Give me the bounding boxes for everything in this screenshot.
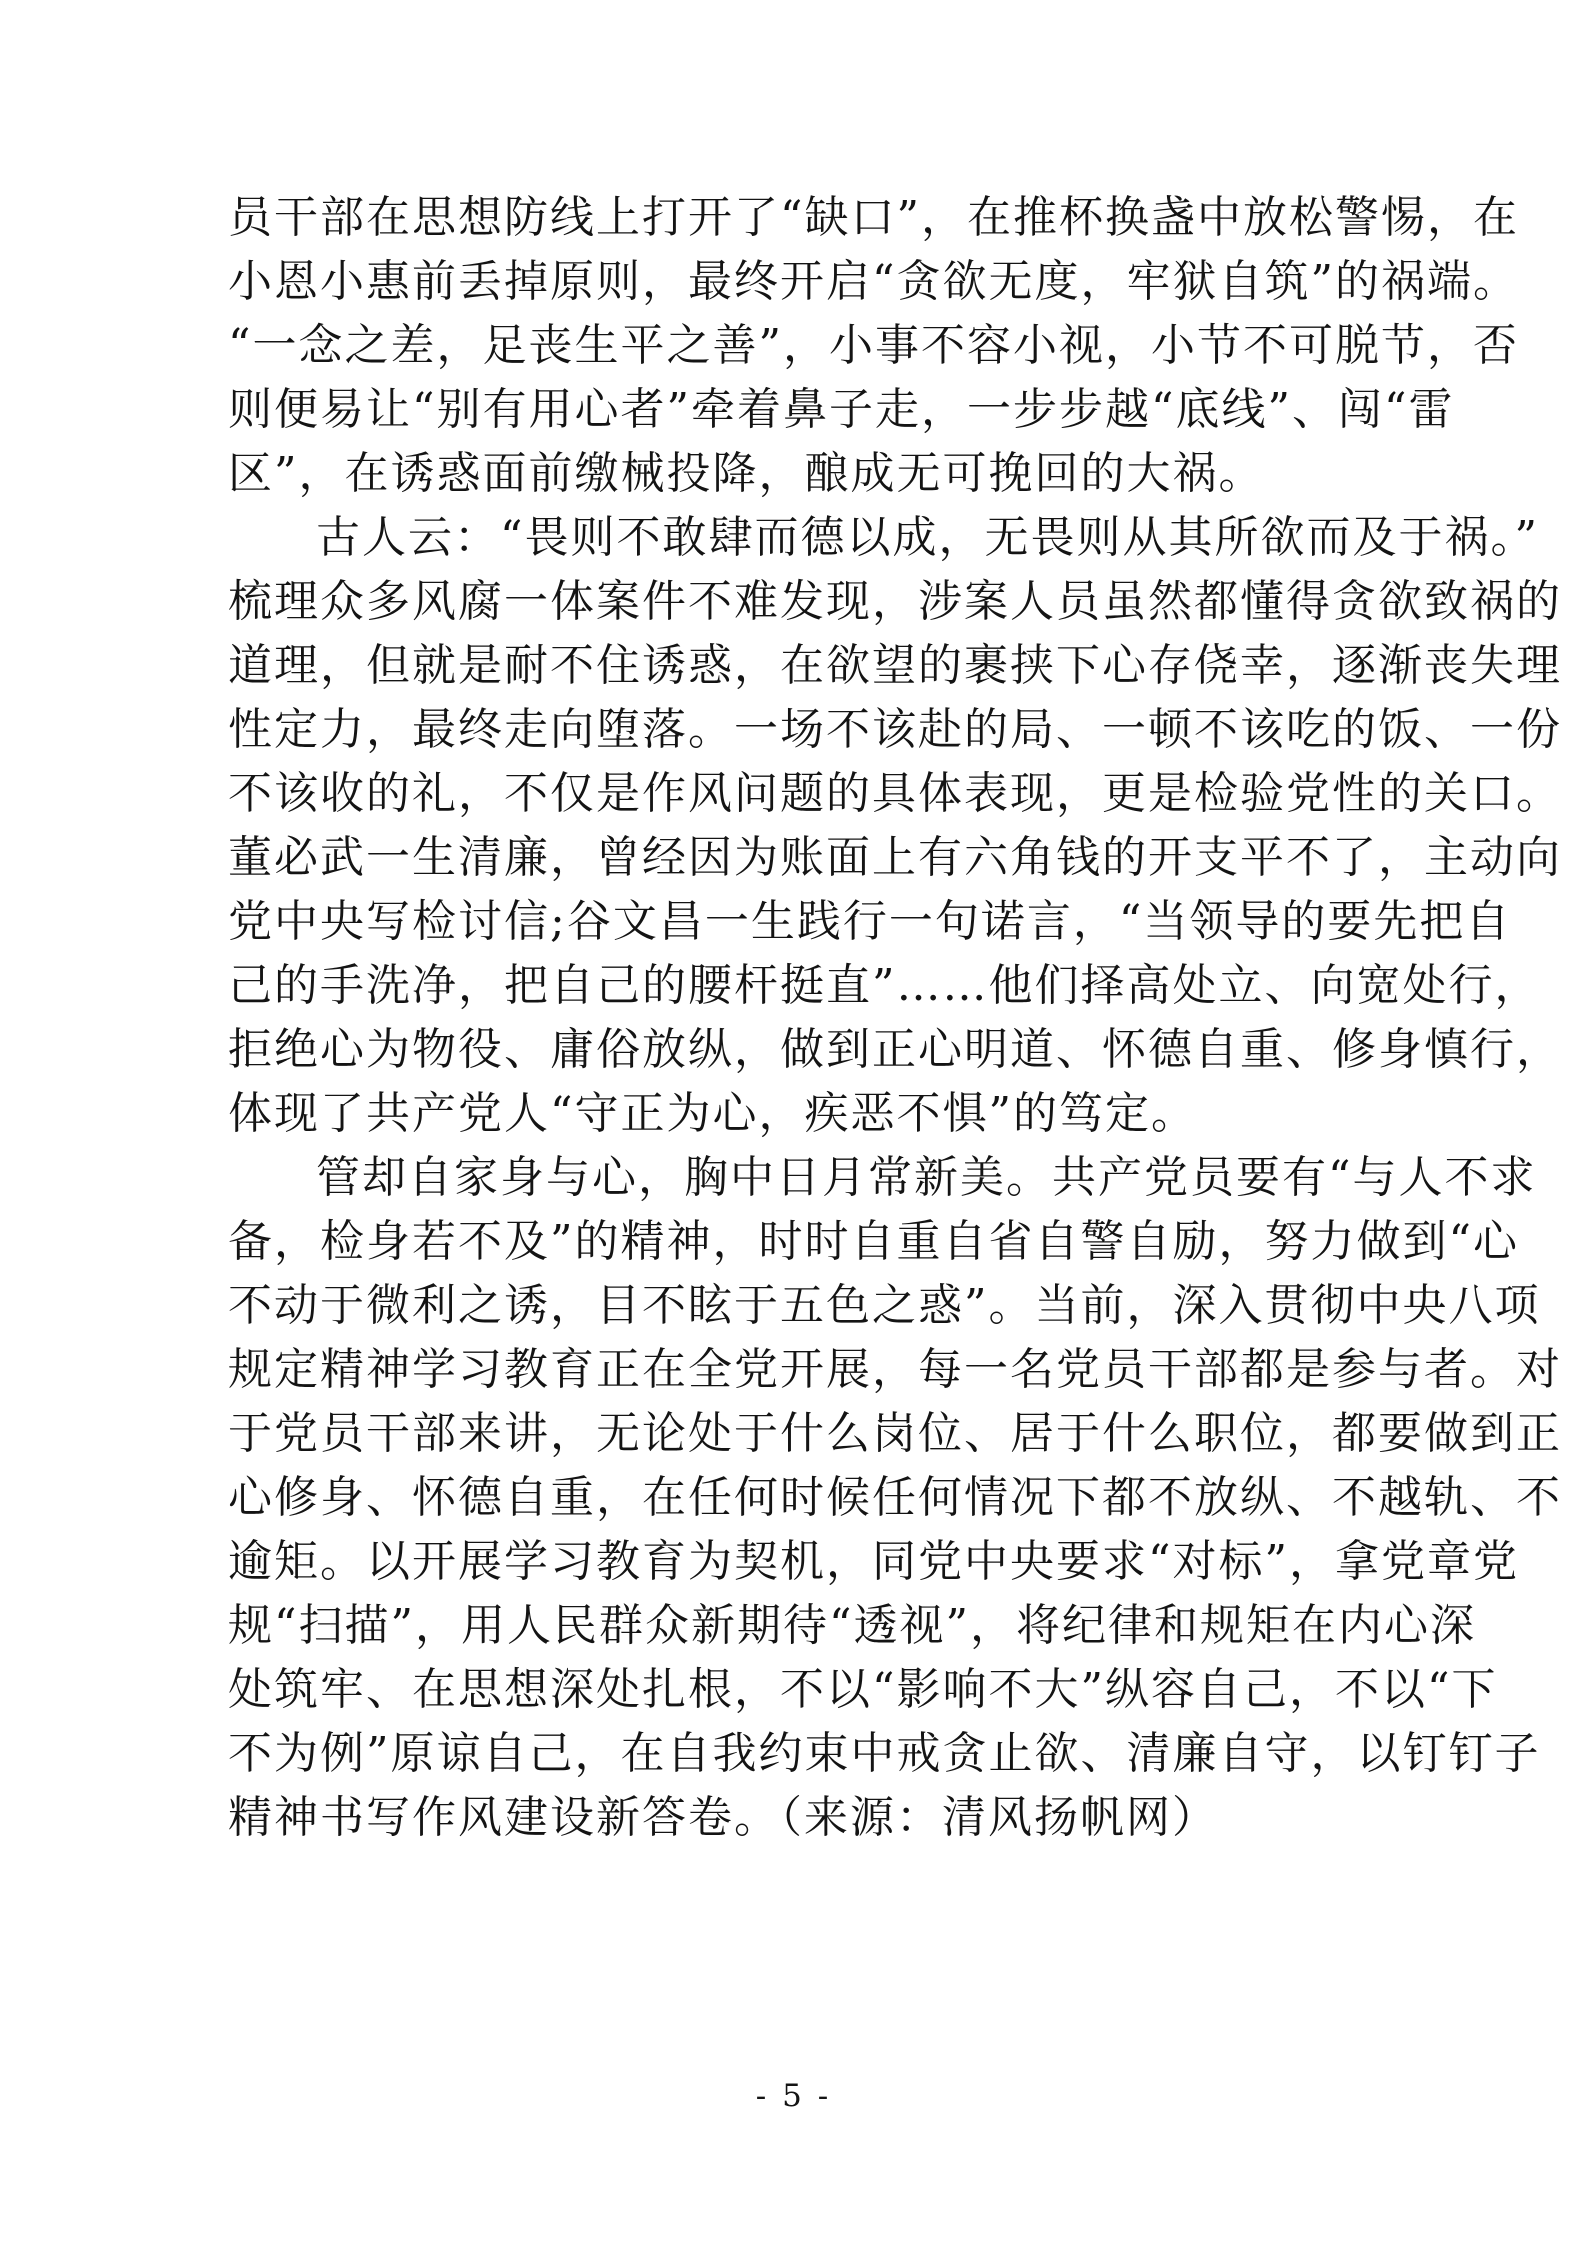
paragraph-2: 古人云：“畏则不敢肆而德以成，无畏则从其所欲而及于祸。” 梳理众多风腐一体案件不…: [228, 506, 1400, 1146]
text-line: 则便易让“别有用心者”牵着鼻子走，一步步越“底线”、闯“雷: [228, 378, 1400, 442]
text-line: 规“扫描”，用人民群众新期待“透视”，将纪律和规矩在内心深: [228, 1594, 1400, 1658]
text-line: 管却自家身与心，胸中日月常新美。共产党员要有“与人不求: [228, 1146, 1400, 1210]
text-line: 梳理众多风腐一体案件不难发现，涉案人员虽然都懂得贪欲致祸的: [228, 570, 1400, 634]
body-text: 员干部在思想防线上打开了“缺口”，在推杯换盏中放松警惕，在 小恩小惠前丢掉原则，…: [228, 186, 1400, 1850]
text-line: 不该收的礼，不仅是作风问题的具体表现，更是检验党性的关口。: [228, 762, 1400, 826]
text-line: “一念之差，足丧生平之善”，小事不容小视，小节不可脱节，否: [228, 314, 1400, 378]
text-line: 于党员干部来讲，无论处于什么岗位、居于什么职位，都要做到正: [228, 1402, 1400, 1466]
text-line: 员干部在思想防线上打开了“缺口”，在推杯换盏中放松警惕，在: [228, 186, 1400, 250]
text-line: 董必武一生清廉，曾经因为账面上有六角钱的开支平不了，主动向: [228, 826, 1400, 890]
document-page: 员干部在思想防线上打开了“缺口”，在推杯换盏中放松警惕，在 小恩小惠前丢掉原则，…: [0, 0, 1587, 2245]
text-line: 逾矩。以开展学习教育为契机，同党中央要求“对标”，拿党章党: [228, 1530, 1400, 1594]
text-line: 己的手洗净，把自己的腰杆挺直”……他们择高处立、向宽处行，: [228, 954, 1400, 1018]
text-line: 道理，但就是耐不住诱惑，在欲望的裹挟下心存侥幸，逐渐丧失理: [228, 634, 1400, 698]
text-line: 精神书写作风建设新答卷。（来源：清风扬帆网）: [228, 1786, 1400, 1850]
text-line: 处筑牢、在思想深处扎根，不以“影响不大”纵容自己，不以“下: [228, 1658, 1400, 1722]
paragraph-1: 员干部在思想防线上打开了“缺口”，在推杯换盏中放松警惕，在 小恩小惠前丢掉原则，…: [228, 186, 1400, 506]
text-line: 心修身、怀德自重，在任何时候任何情况下都不放纵、不越轨、不: [228, 1466, 1400, 1530]
text-line: 规定精神学习教育正在全党开展，每一名党员干部都是参与者。对: [228, 1338, 1400, 1402]
paragraph-3: 管却自家身与心，胸中日月常新美。共产党员要有“与人不求 备，检身若不及”的精神，…: [228, 1146, 1400, 1850]
text-line: 不为例”原谅自己，在自我约束中戒贪止欲、清廉自守，以钉钉子: [228, 1722, 1400, 1786]
text-line: 区”，在诱惑面前缴械投降，酿成无可挽回的大祸。: [228, 442, 1400, 506]
text-line: 党中央写检讨信;谷文昌一生践行一句诺言，“当领导的要先把自: [228, 890, 1400, 954]
text-line: 体现了共产党人“守正为心，疾恶不惧”的笃定。: [228, 1082, 1400, 1146]
text-line: 备，检身若不及”的精神，时时自重自省自警自励，努力做到“心: [228, 1210, 1400, 1274]
text-line: 性定力，最终走向堕落。一场不该赴的局、一顿不该吃的饭、一份: [228, 698, 1400, 762]
text-line: 古人云：“畏则不敢肆而德以成，无畏则从其所欲而及于祸。”: [228, 506, 1400, 570]
text-line: 小恩小惠前丢掉原则，最终开启“贪欲无度，牢狱自筑”的祸端。: [228, 250, 1400, 314]
page-number: - 5 -: [0, 2076, 1587, 2116]
text-line: 拒绝心为物役、庸俗放纵，做到正心明道、怀德自重、修身慎行，: [228, 1018, 1400, 1082]
text-line: 不动于微利之诱，目不眩于五色之惑”。当前，深入贯彻中央八项: [228, 1274, 1400, 1338]
